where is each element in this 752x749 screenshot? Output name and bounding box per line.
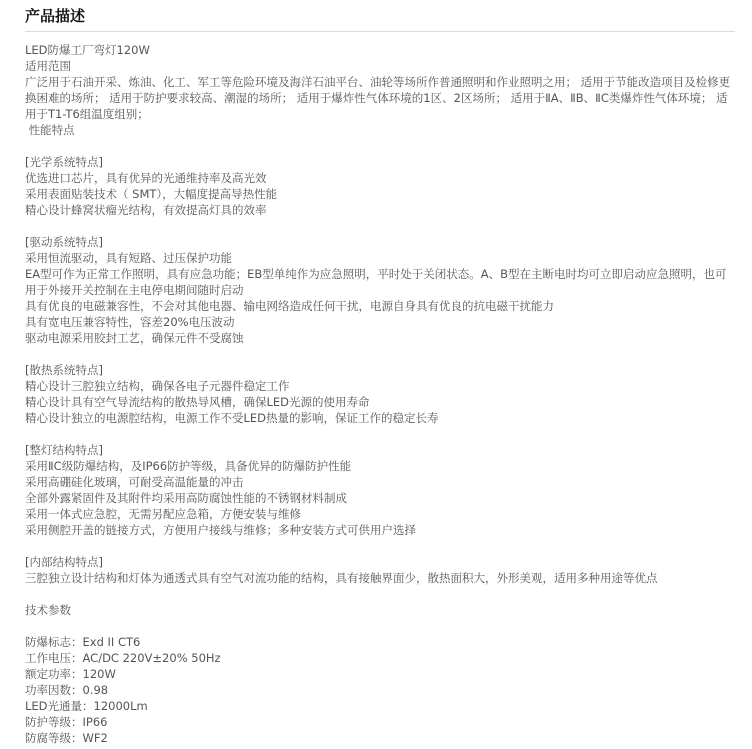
spec-key: 防爆标志 xyxy=(25,635,71,649)
spec-value: AC/DC 220V±20% 50Hz xyxy=(83,651,221,665)
spec-row: 防护等级：IP66 xyxy=(25,714,737,730)
feature-item: 采用恒流驱动，具有短路、过压保护功能 xyxy=(25,250,737,266)
features-label: 性能特点 xyxy=(25,122,737,138)
spec-value: Exd II CT6 xyxy=(83,635,141,649)
feature-item: 精心设计蜂窝状瘤光结构，有效提高灯具的效率 xyxy=(25,202,737,218)
feature-item: 精心设计具有空气导流结构的散热导风槽，确保LED光源的使用寿命 xyxy=(25,394,737,410)
spacer xyxy=(25,426,737,442)
spacer xyxy=(25,618,737,634)
page-title: 产品描述 xyxy=(25,6,85,26)
section-heading: [内部结构特点] xyxy=(25,554,737,570)
specs-label: 技术参数 xyxy=(25,602,737,618)
spec-separator: ： xyxy=(71,683,83,697)
spec-separator: ： xyxy=(71,667,83,681)
feature-item: 驱动电源采用胶封工艺，确保元件不受腐蚀 xyxy=(25,330,737,346)
description-content: LED防爆工厂弯灯120W 适用范围 广泛用于石油开采、炼油、化工、军工等危险环… xyxy=(25,42,737,746)
spacer xyxy=(25,346,737,362)
spacer xyxy=(25,138,737,154)
section-internal: [内部结构特点] 三腔独立设计结构和灯体为通透式具有空气对流功能的结构，具有接触… xyxy=(25,554,737,586)
spec-value: 12000Lm xyxy=(94,699,148,713)
feature-item: 采用ⅡC级防爆结构，及IP66防护等级，具备优异的防爆防护性能 xyxy=(25,458,737,474)
spec-value: 120W xyxy=(83,667,116,681)
product-name: LED防爆工厂弯灯120W xyxy=(25,42,737,58)
spec-value: WF2 xyxy=(83,731,108,745)
section-heading: [散热系统特点] xyxy=(25,362,737,378)
feature-item: 采用表面贴装技术（ SMT），大幅度提高导热性能 xyxy=(25,186,737,202)
section-structure: [整灯结构特点] 采用ⅡC级防爆结构，及IP66防护等级，具备优异的防爆防护性能… xyxy=(25,442,737,538)
spec-row: 额定功率：120W xyxy=(25,666,737,682)
section-heading: [光学系统特点] xyxy=(25,154,737,170)
spec-key: LED光通量 xyxy=(25,699,82,713)
feature-item: 三腔独立设计结构和灯体为通透式具有空气对流功能的结构，具有接触界面少，散热面积大… xyxy=(25,570,737,586)
feature-item: 具有优良的电磁兼容性，不会对其他电器、输电网络造成任何干扰，电源自身具有优良的抗… xyxy=(25,298,737,314)
section-heading: [整灯结构特点] xyxy=(25,442,737,458)
spec-value: IP66 xyxy=(83,715,108,729)
spacer xyxy=(25,538,737,554)
section-optical: [光学系统特点] 优选进口芯片，具有优异的光通维持率及高光效 采用表面贴装技术（… xyxy=(25,154,737,218)
feature-item: 采用高硼硅化玻璃，可耐受高温能量的冲击 xyxy=(25,474,737,490)
spec-row: 防爆标志：Exd II CT6 xyxy=(25,634,737,650)
spacer xyxy=(25,218,737,234)
scope-label: 适用范围 xyxy=(25,58,737,74)
feature-item: 具有宽电压兼容特性，容差20%电压波动 xyxy=(25,314,737,330)
title-divider xyxy=(25,31,735,32)
spec-key: 额定功率 xyxy=(25,667,71,681)
feature-item: EA型可作为正常工作照明，具有应急功能；EB型单纯作为应急照明，平时处于关闭状态… xyxy=(25,266,737,298)
feature-item: 采用侧腔开盖的链接方式，方便用户接线与维修；多种安装方式可供用户选择 xyxy=(25,522,737,538)
section-thermal: [散热系统特点] 精心设计三腔独立结构，确保各电子元器件稳定工作 精心设计具有空… xyxy=(25,362,737,426)
spec-separator: ： xyxy=(82,699,94,713)
spec-separator: ： xyxy=(71,731,83,745)
spec-row: 工作电压：AC/DC 220V±20% 50Hz xyxy=(25,650,737,666)
spec-key: 功率因数 xyxy=(25,683,71,697)
spec-separator: ： xyxy=(71,635,83,649)
feature-item: 全部外露紧固件及其附件均采用高防腐蚀性能的不锈钢材料制成 xyxy=(25,490,737,506)
spec-key: 工作电压 xyxy=(25,651,71,665)
feature-item: 采用一体式应急腔，无需另配应急箱，方便安装与维修 xyxy=(25,506,737,522)
spec-separator: ： xyxy=(71,715,83,729)
specs-list: 防爆标志：Exd II CT6 工作电压：AC/DC 220V±20% 50Hz… xyxy=(25,634,737,746)
spacer xyxy=(25,586,737,602)
section-heading: [驱动系统特点] xyxy=(25,234,737,250)
spec-value: 0.98 xyxy=(83,683,109,697)
spec-separator: ： xyxy=(71,651,83,665)
scope-text: 广泛用于石油开采、炼油、化工、军工等危险环境及海洋石油平台、油轮等场所作普通照明… xyxy=(25,74,737,122)
feature-item: 优选进口芯片，具有优异的光通维持率及高光效 xyxy=(25,170,737,186)
spec-row: 功率因数：0.98 xyxy=(25,682,737,698)
spec-row: LED光通量：12000Lm xyxy=(25,698,737,714)
feature-item: 精心设计三腔独立结构，确保各电子元器件稳定工作 xyxy=(25,378,737,394)
spec-key: 防护等级 xyxy=(25,715,71,729)
spec-row: 防腐等级：WF2 xyxy=(25,730,737,746)
spec-key: 防腐等级 xyxy=(25,731,71,745)
feature-item: 精心设计独立的电源腔结构，电源工作不受LED热量的影响，保证工作的稳定长寿 xyxy=(25,410,737,426)
section-driver: [驱动系统特点] 采用恒流驱动，具有短路、过压保护功能 EA型可作为正常工作照明… xyxy=(25,234,737,346)
